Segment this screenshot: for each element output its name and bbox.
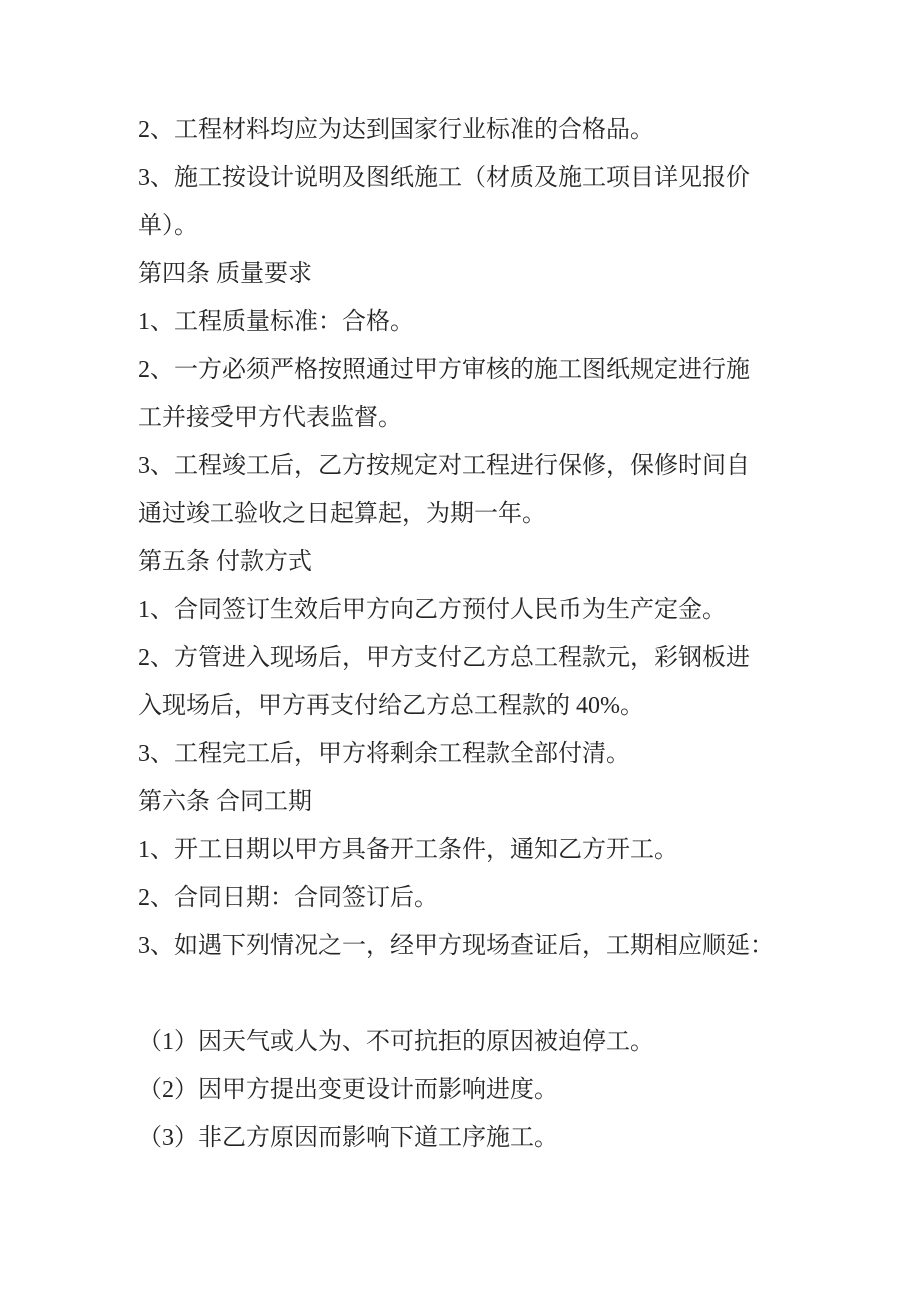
text-line: 3、工程竣工后，乙方按规定对工程进行保修，保修时间自 xyxy=(138,442,798,490)
empty-line xyxy=(138,970,798,1018)
text-line: （1）因天气或人为、不可抗拒的原因被迫停工。 xyxy=(138,1018,798,1066)
text-line: 2、合同日期：合同签订后。 xyxy=(138,874,798,922)
text-line: 工并接受甲方代表监督。 xyxy=(138,394,798,442)
text-line: 3、施工按设计说明及图纸施工（材质及施工项目详见报价 xyxy=(138,154,798,202)
contract-text-block: 2、工程材料均应为达到国家行业标准的合格品。3、施工按设计说明及图纸施工（材质及… xyxy=(138,106,798,1162)
contract-document-page: 2、工程材料均应为达到国家行业标准的合格品。3、施工按设计说明及图纸施工（材质及… xyxy=(0,0,920,1302)
text-line: （3）非乙方原因而影响下道工序施工。 xyxy=(138,1114,798,1162)
text-line: 1、工程质量标准：合格。 xyxy=(138,298,798,346)
text-line: 2、工程材料均应为达到国家行业标准的合格品。 xyxy=(138,106,798,154)
text-line: 3、如遇下列情况之一，经甲方现场查证后，工期相应顺延： xyxy=(138,922,798,970)
text-line: 2、方管进入现场后，甲方支付乙方总工程款元，彩钢板进 xyxy=(138,634,798,682)
text-line: 第五条 付款方式 xyxy=(138,538,798,586)
text-line: 单）。 xyxy=(138,202,798,250)
text-line: （2）因甲方提出变更设计而影响进度。 xyxy=(138,1066,798,1114)
text-line: 入现场后，甲方再支付给乙方总工程款的 40%。 xyxy=(138,682,798,730)
text-line: 2、一方必须严格按照通过甲方审核的施工图纸规定进行施 xyxy=(138,346,798,394)
text-line: 通过竣工验收之日起算起，为期一年。 xyxy=(138,490,798,538)
text-line: 1、开工日期以甲方具备开工条件，通知乙方开工。 xyxy=(138,826,798,874)
text-line: 1、合同签订生效后甲方向乙方预付人民币为生产定金。 xyxy=(138,586,798,634)
text-line: 3、工程完工后，甲方将剩余工程款全部付清。 xyxy=(138,730,798,778)
text-line: 第四条 质量要求 xyxy=(138,250,798,298)
text-line: 第六条 合同工期 xyxy=(138,778,798,826)
